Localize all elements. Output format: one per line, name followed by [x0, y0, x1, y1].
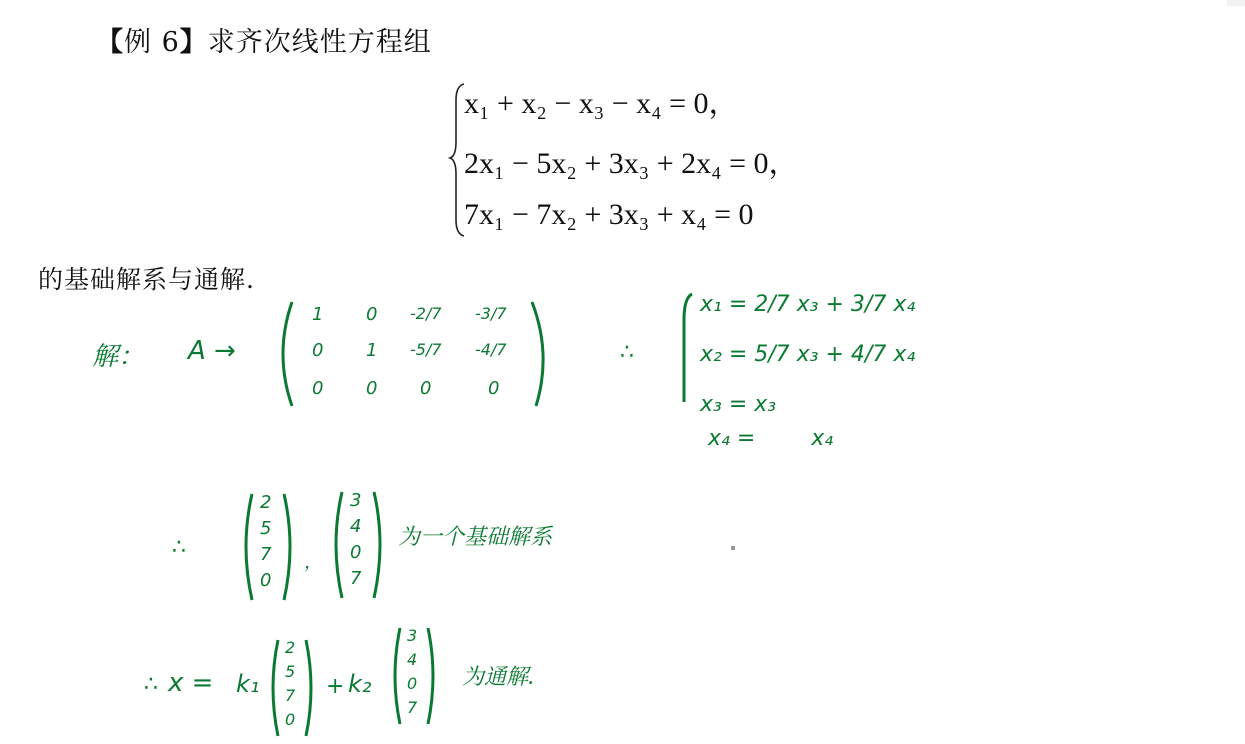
general-vector-1: 2 5 7 0	[268, 636, 318, 740]
vector-entry: 7	[407, 698, 417, 717]
vector-entry: 2	[260, 492, 271, 513]
vector-entry: 3	[407, 626, 417, 645]
matrix-cell: 0	[312, 378, 323, 399]
free-var-eq-3: x₃ = x₃	[700, 392, 776, 417]
equation-1: x₁ + x₂ − x₃ − x₄ = 0，	[464, 78, 739, 122]
vector-entry: 0	[407, 674, 417, 693]
matrix-cell: 0	[488, 378, 499, 399]
vector-entry: 0	[350, 542, 361, 563]
vector-entry: 5	[260, 518, 271, 539]
free-var-eq-1: x₁ = 2/7 x₃ + 3/7 x₄	[700, 292, 915, 317]
matrix-cell: 0	[312, 340, 323, 361]
matrix-prefix: A →	[188, 336, 236, 366]
vector-entry: 7	[285, 686, 295, 705]
matrix-cell: 1	[366, 340, 377, 361]
coefficient-k1: k₁	[236, 670, 260, 698]
vector-entry: 7	[350, 568, 361, 589]
equation-system: x₁ + x₂ − x₃ − x₄ = 0， 2x₁ − 5x₂ + 3x₃ +…	[448, 78, 848, 238]
stray-mark	[731, 546, 735, 550]
matrix-cell: -4/7	[475, 340, 507, 359]
matrix-cell: -2/7	[410, 304, 442, 323]
vector-entry: 4	[407, 650, 417, 669]
equation-2: 2x₁ − 5x₂ + 3x₃ + 2x₄ = 0，	[464, 138, 799, 182]
problem-statement: 求齐次线性方程组	[208, 27, 432, 58]
vector-entry: 7	[260, 544, 271, 565]
basis-caption: 为一个基础解系	[398, 520, 552, 551]
vector-entry: 4	[350, 516, 361, 537]
bracket-close: 】	[180, 27, 208, 58]
general-lhs: x =	[168, 668, 213, 698]
matrix-cell: 1	[312, 304, 323, 325]
vector-entry: 3	[350, 490, 361, 511]
therefore-symbol: ∴	[144, 672, 158, 697]
general-vector-2: 3 4 0 7	[390, 624, 440, 728]
free-var-eq-4: x₄ = x₄	[708, 426, 833, 451]
vector-entry: 0	[260, 570, 271, 591]
reduced-matrix: 1 0 -2/7 -3/7 0 1 -5/7 -4/7 0 0 0 0	[270, 298, 560, 410]
solution-label: 解：	[92, 336, 144, 373]
plus-sign: +	[326, 674, 344, 699]
matrix-cell: -5/7	[410, 340, 442, 359]
scrollbar-corner	[1227, 0, 1245, 6]
vector-entry: 2	[285, 638, 295, 657]
basis-vector-2: 3 4 0 7	[330, 488, 390, 602]
free-variable-system: x₁ = 2/7 x₃ + 3/7 x₄ x₂ = 5/7 x₃ + 4/7 x…	[678, 290, 908, 460]
matrix-cell: -3/7	[475, 304, 507, 323]
therefore-symbol: ∴	[172, 535, 186, 560]
vector-entry: 5	[285, 662, 295, 681]
example-label: 例 6	[124, 27, 180, 58]
bracket-open: 【	[96, 27, 124, 58]
coefficient-k2: k₂	[348, 670, 372, 698]
matrix-cell: 0	[420, 378, 431, 399]
basis-vector-1: 2 5 7 0	[240, 490, 300, 604]
general-caption: 为通解.	[462, 660, 535, 691]
vector-entry: 0	[285, 710, 295, 729]
equation-3: 7x₁ − 7x₂ + 3x₃ + x₄ = 0	[464, 198, 754, 232]
therefore-symbol: ∴	[620, 340, 634, 365]
free-var-eq-2: x₂ = 5/7 x₃ + 4/7 x₄	[700, 342, 915, 367]
problem-title: 【例 6】求齐次线性方程组	[96, 20, 432, 59]
matrix-cell: 0	[366, 304, 377, 325]
system-bracket-icon	[678, 290, 698, 410]
problem-question: 的基础解系与通解.	[38, 260, 255, 296]
basis-separator: ，	[304, 548, 322, 574]
matrix-cell: 0	[366, 378, 377, 399]
